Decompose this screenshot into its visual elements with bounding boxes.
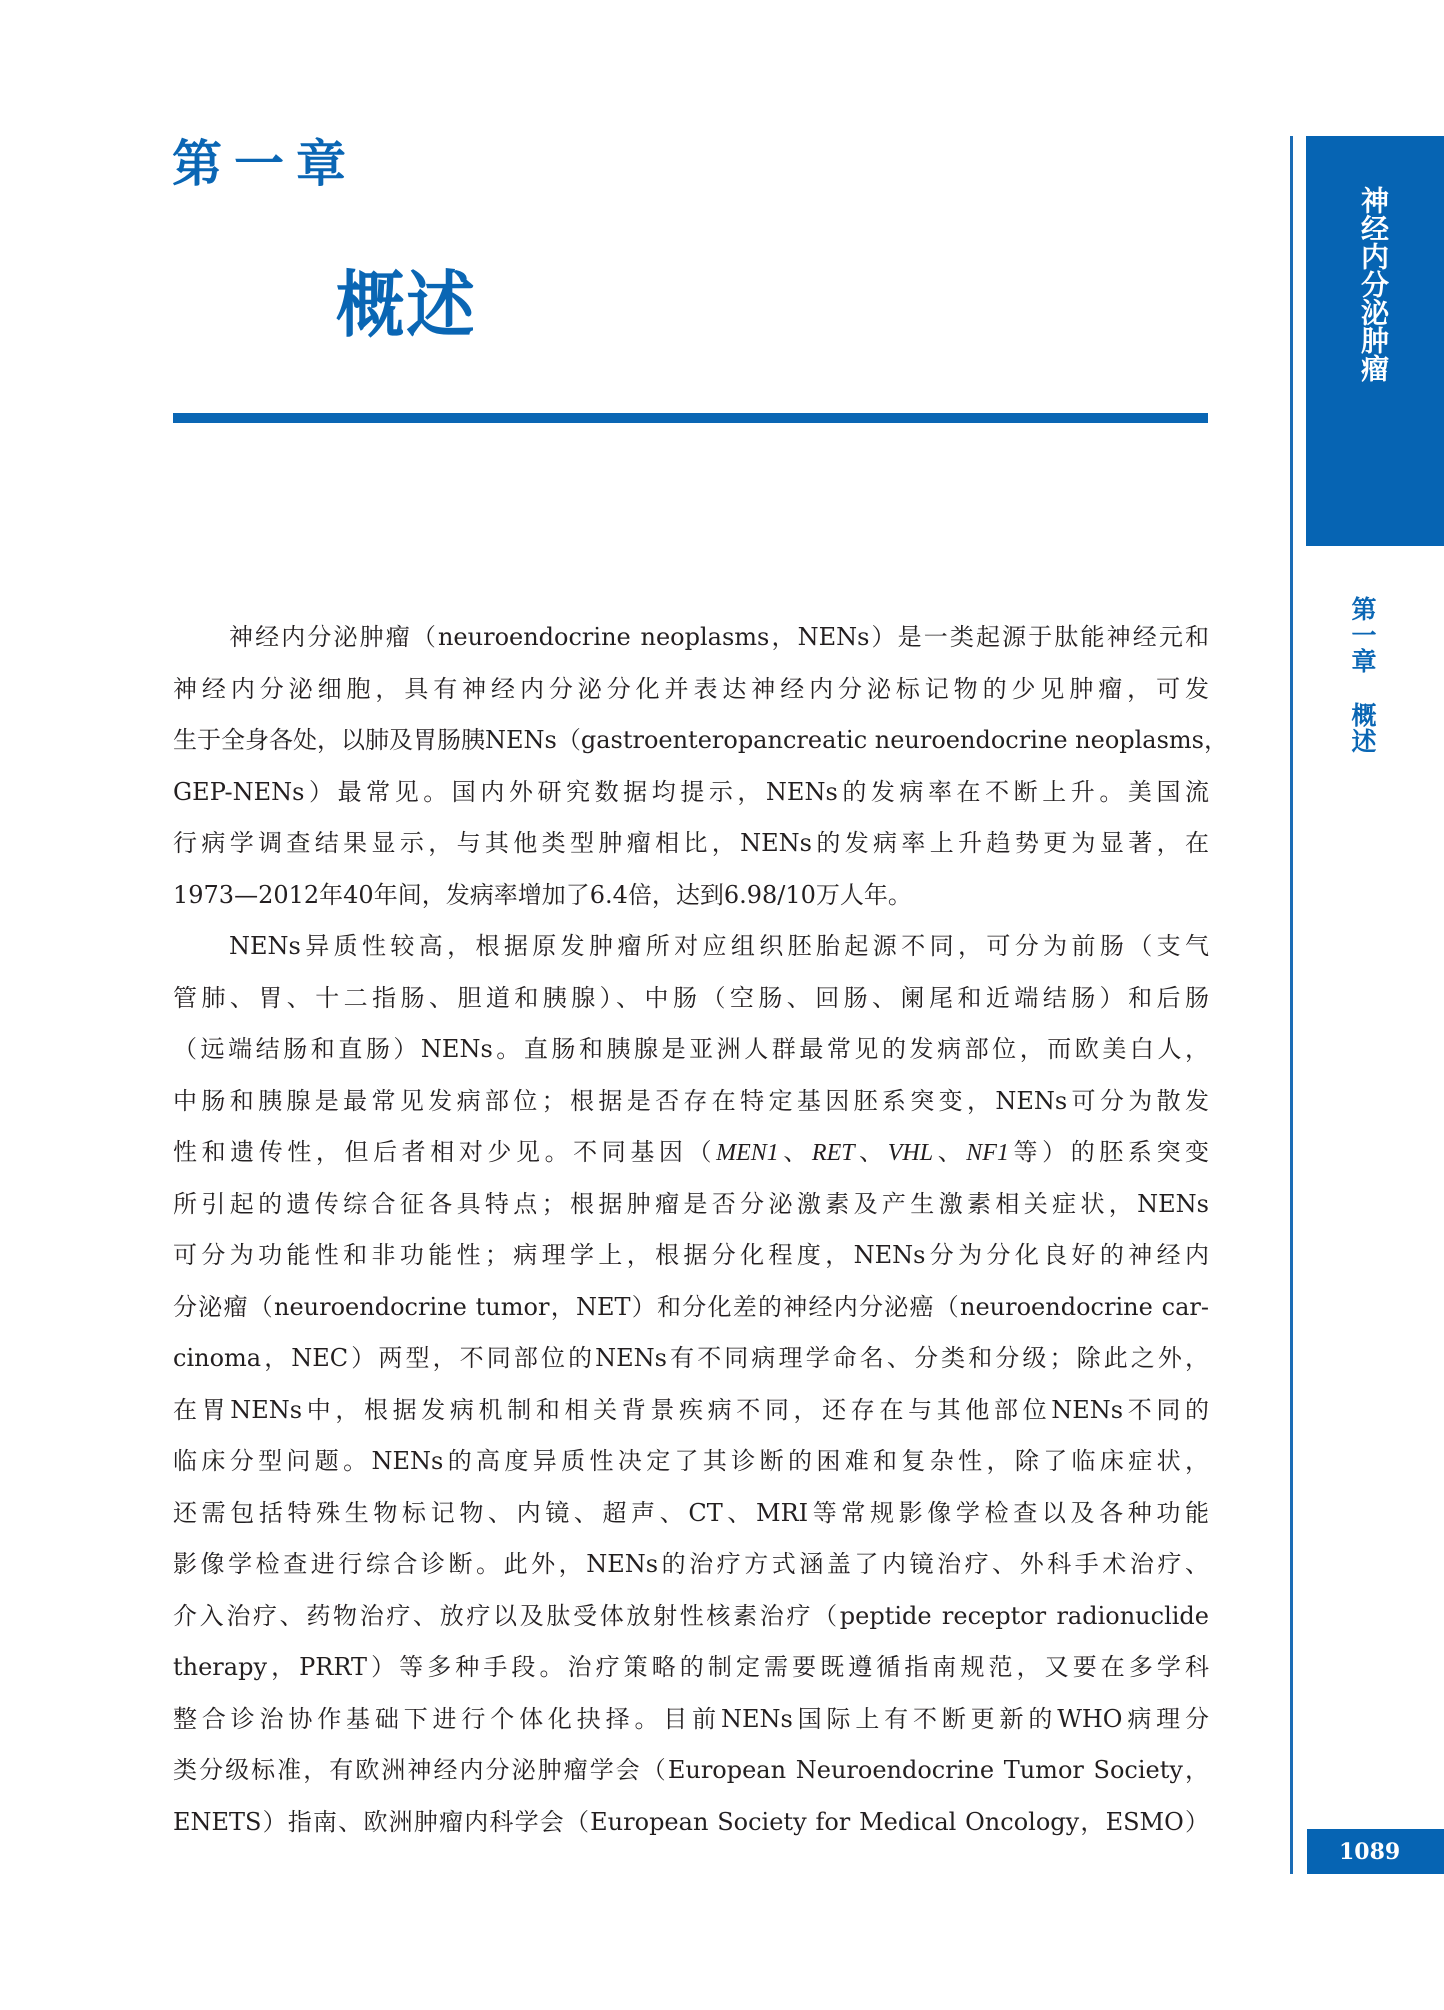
text-line: 管肺、胃、十二指肠、胆道和胰腺）、中肠（空肠、回肠、阑尾和近端结肠）和后肠 xyxy=(173,973,1209,1025)
text-line: 介入治疗、药物治疗、放疗以及肽受体放射性核素治疗（peptide recepto… xyxy=(173,1591,1209,1643)
text-line: 所引起的遗传综合征各具特点；根据肿瘤是否分泌激素及产生激素相关症状，NENs xyxy=(173,1179,1209,1231)
gene-name: NF1 xyxy=(966,1140,1009,1166)
page-number: 1089 xyxy=(1339,1835,1400,1869)
text-line: 整合诊治协作基础下进行个体化抉择。目前NENs国际上有不断更新的WHO病理分 xyxy=(173,1694,1209,1746)
gene-name: MEN1 xyxy=(716,1140,779,1166)
book-title: 神经内分泌肿瘤 xyxy=(1355,186,1395,382)
text-line: 行病学调查结果显示，与其他类型肿瘤相比，NENs的发病率上升趋势更为显著，在 xyxy=(173,818,1209,870)
text-line: （远端结肠和直肠）NENs。直肠和胰腺是亚洲人群最常见的发病部位，而欧美白人， xyxy=(173,1024,1209,1076)
chapter-label: 第一章 xyxy=(172,132,358,196)
text-line: 分泌瘤（neuroendocrine tumor，NET）和分化差的神经内分泌癌… xyxy=(173,1282,1209,1334)
text-line: 类分级标准，有欧洲神经内分泌肿瘤学会（European Neuroendocri… xyxy=(173,1745,1209,1797)
text-line: 临床分型问题。NENs的高度异质性决定了其诊断的困难和复杂性，除了临床症状， xyxy=(173,1436,1209,1488)
text-line: 1973—2012年40年间，发病率增加了6.4倍，达到6.98/10万人年。 xyxy=(173,870,1209,922)
book-title-tab: 神经内分泌肿瘤 xyxy=(1306,136,1444,546)
chapter-title: 概述 xyxy=(336,262,477,348)
page-number-tab: 1089 xyxy=(1307,1829,1444,1874)
text-line: GEP-NENs）最常见。国内外研究数据均提示，NENs的发病率在不断上升。美国… xyxy=(173,767,1209,819)
text-line-with-gene-names: 性和遗传性，但后者相对少见。不同基因（MEN1、RET、VHL、NF1等）的胚系… xyxy=(173,1127,1209,1179)
text-line: NENs异质性较高，根据原发肿瘤所对应组织胚胎起源不同，可分为前肠（支气 xyxy=(173,921,1209,973)
running-chapter-label: 第一章 xyxy=(1348,596,1377,674)
text-line: 中肠和胰腺是最常见发病部位；根据是否存在特定基因胚系突变，NENs可分为散发 xyxy=(173,1076,1209,1128)
text-line: 还需包括特殊生物标记物、内镜、超声、CT、MRI等常规影像学检查以及各种功能 xyxy=(173,1488,1209,1540)
gene-name: RET xyxy=(812,1140,855,1166)
text-line: 在胃NENs中，根据发病机制和相关背景疾病不同，还存在与其他部位NENs不同的 xyxy=(173,1385,1209,1437)
text-line: 可分为功能性和非功能性；病理学上，根据分化程度，NENs分为分化良好的神经内 xyxy=(173,1230,1209,1282)
text-line: 神经内分泌肿瘤（neuroendocrine neoplasms，NENs）是一… xyxy=(173,612,1209,664)
body-text: 神经内分泌肿瘤（neuroendocrine neoplasms，NENs）是一… xyxy=(173,612,1209,1848)
gene-name: VHL xyxy=(888,1140,933,1166)
margin-rule xyxy=(1290,136,1293,1874)
running-chapter-title: 概述 xyxy=(1348,702,1377,754)
title-divider xyxy=(173,413,1208,423)
text-line: therapy，PRRT）等多种手段。治疗策略的制定需要既遵循指南规范，又要在多… xyxy=(173,1642,1209,1694)
text-line: ENETS）指南、欧洲肿瘤内科学会（European Society for M… xyxy=(173,1797,1209,1849)
running-chapter-heading: 第一章概述 xyxy=(1336,596,1376,754)
text-line: 影像学检查进行综合诊断。此外，NENs的治疗方式涵盖了内镜治疗、外科手术治疗、 xyxy=(173,1539,1209,1591)
text-line: cinoma，NEC）两型，不同部位的NENs有不同病理学命名、分类和分级；除此… xyxy=(173,1333,1209,1385)
text-line: 生于全身各处，以肺及胃肠胰NENs（gastroenteropancreatic… xyxy=(173,715,1209,767)
text-line: 神经内分泌细胞，具有神经内分泌分化并表达神经内分泌标记物的少见肿瘤，可发 xyxy=(173,664,1209,716)
